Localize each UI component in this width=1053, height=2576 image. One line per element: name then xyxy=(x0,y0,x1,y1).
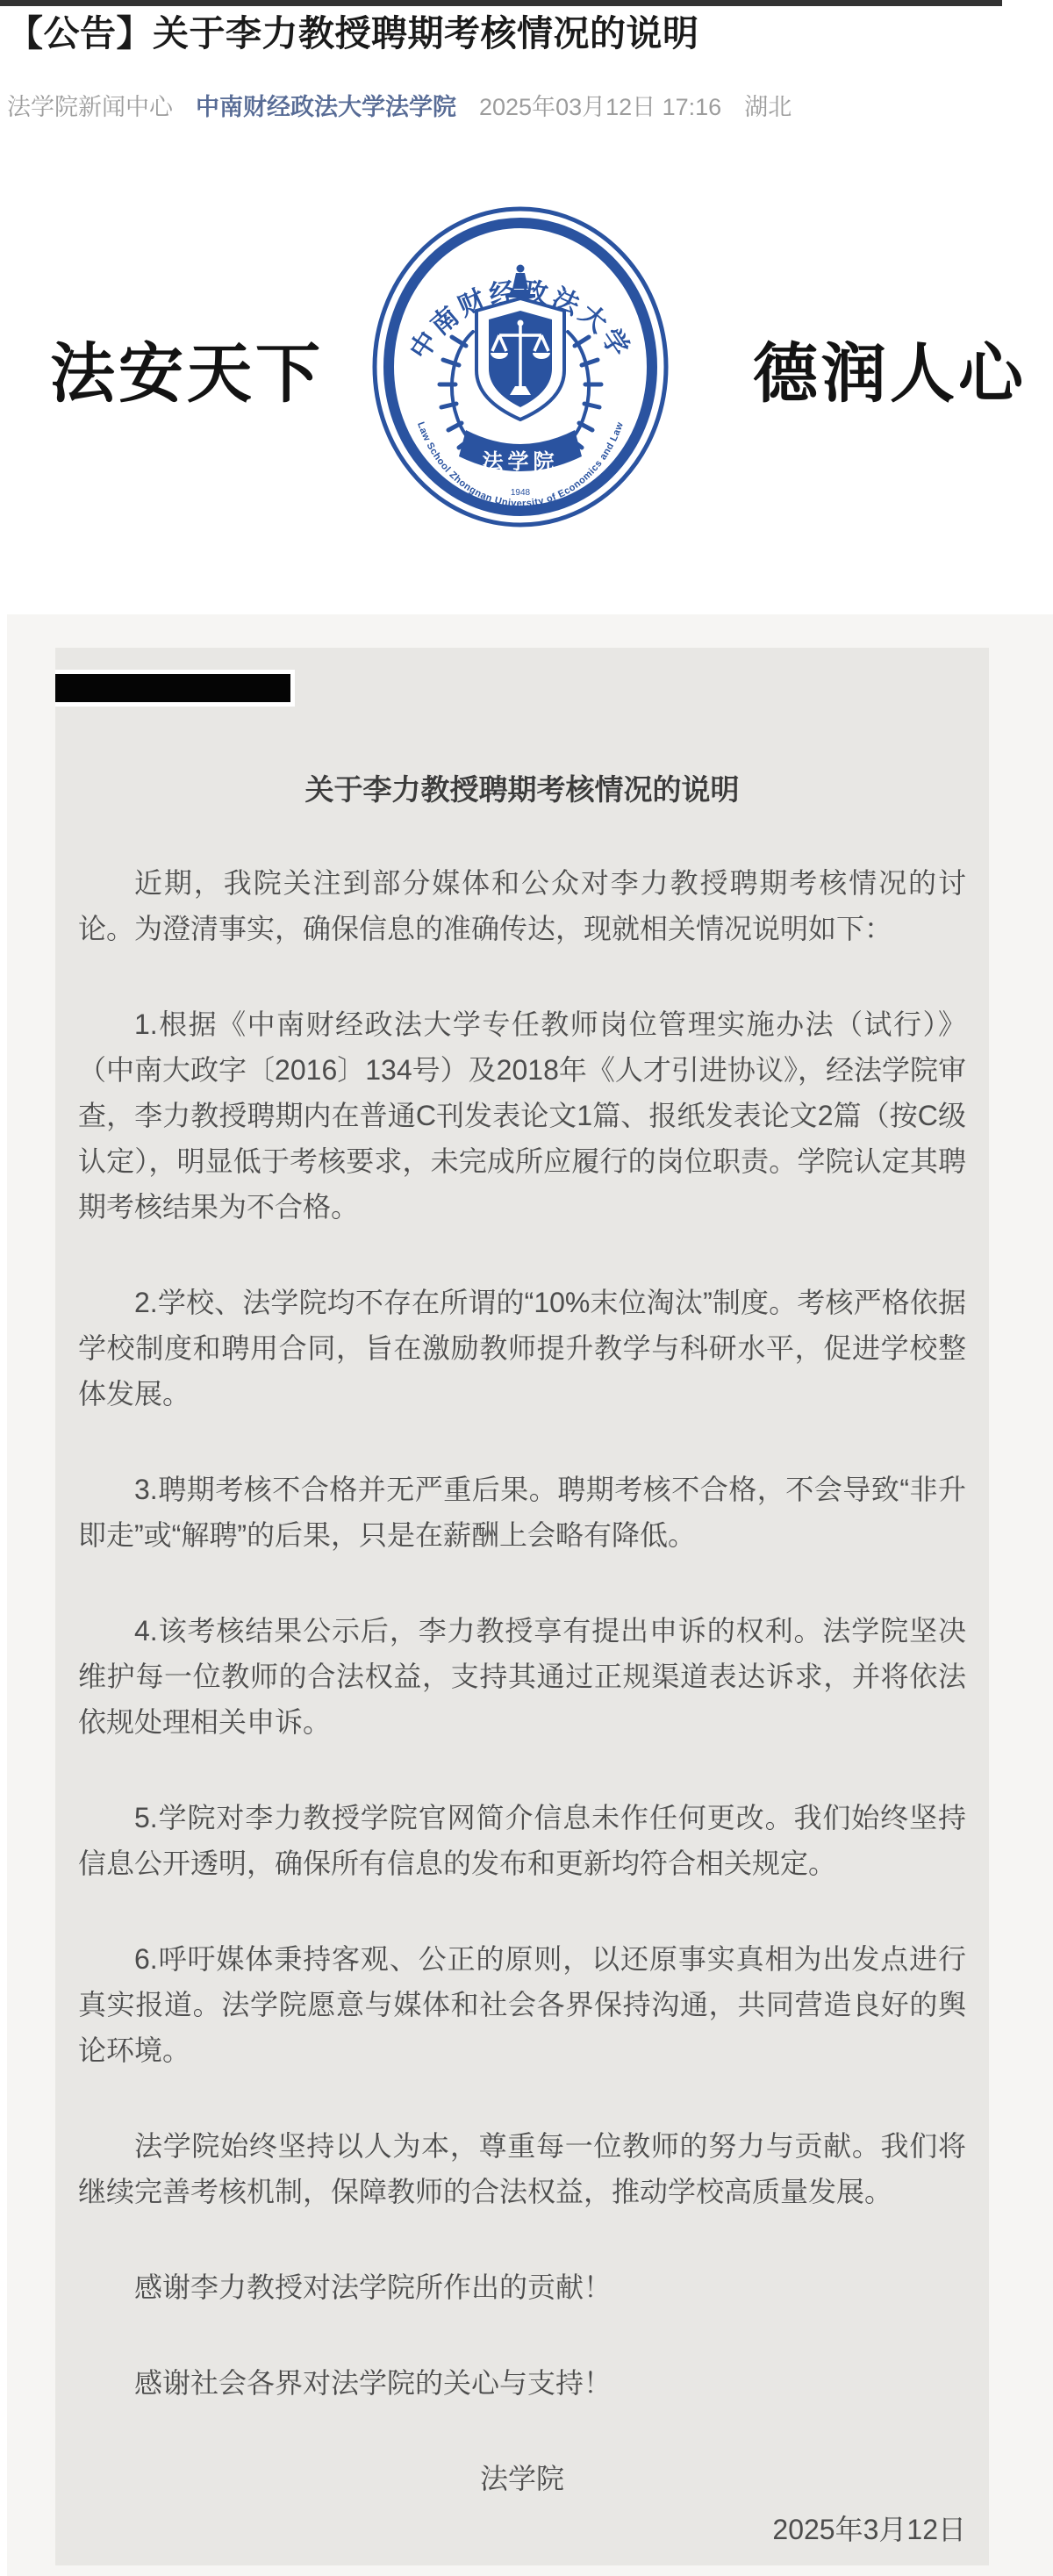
announcement-panel: 关于李力教授聘期考核情况的说明 近期，我院关注到部分媒体和公众对李力教授聘期考核… xyxy=(7,614,1053,2576)
top-crop-strip xyxy=(0,0,1002,6)
doc-paragraph: 近期，我院关注到部分媒体和公众对李力教授聘期考核情况的讨论。为澄清事实，确保信息… xyxy=(78,860,966,951)
page-title: 【公告】关于李力教授聘期考核情况的说明 xyxy=(7,11,1016,57)
byline: 法学院新闻中心中南财经政法大学法学院2025年03月12日 17:16湖北 xyxy=(7,88,1016,122)
doc-paragraph: 5.学院对李力教授学院官网简介信息未作任何更改。我们始终坚持信息公开透明，确保所… xyxy=(78,1795,966,1886)
emblem-shield-icon xyxy=(476,298,564,420)
calligraphy-left: 法安天下 xyxy=(50,322,324,415)
doc-paragraph: 6.呼吁媒体秉持客观、公正的原则，以还原事实真相为出发点进行真实报道。法学院愿意… xyxy=(78,1936,966,2073)
redaction-bar xyxy=(55,670,295,707)
doc-paragraph: 4.该考核结果公示后，李力教授享有提出申诉的权利。法学院坚决维护每一位教师的合法… xyxy=(78,1608,966,1745)
doc-paragraph: 1.根据《中南财经政法大学专任教师岗位管理实施办法（试行）》（中南大政字〔201… xyxy=(78,1001,966,1230)
banner: 法安天下 德润人心 中南财经政法大学 xyxy=(0,202,1053,535)
doc-signature: 法学院 xyxy=(78,2456,966,2501)
publish-datetime: 2025年03月12日 17:16 xyxy=(479,94,721,120)
school-emblem: 中南财经政法大学 xyxy=(371,204,670,530)
doc-paragraph: 法学院始终坚持以人为本，尊重每一位教师的努力与贡献。我们将继续完善考核机制，保障… xyxy=(78,2123,966,2214)
doc-body: 近期，我院关注到部分媒体和公众对李力教授聘期考核情况的讨论。为澄清事实，确保信息… xyxy=(78,860,966,2406)
doc-sign-date: 2025年3月12日 xyxy=(78,2507,966,2552)
doc-paragraph: 2.学校、法学院均不存在所谓的“10%末位淘汰”制度。考核严格依据学校制度和聘用… xyxy=(78,1280,966,1417)
calligraphy-right: 德润人心 xyxy=(753,322,1027,415)
doc-heading: 关于李力教授聘期考核情况的说明 xyxy=(78,767,966,813)
publish-location: 湖北 xyxy=(744,94,792,120)
emblem-year-text: 1948 xyxy=(511,488,531,498)
account-link[interactable]: 中南财经政法大学法学院 xyxy=(196,94,456,120)
author-name: 法学院新闻中心 xyxy=(7,94,173,120)
announcement-paper: 关于李力教授聘期考核情况的说明 近期，我院关注到部分媒体和公众对李力教授聘期考核… xyxy=(55,648,989,2565)
emblem-ribbon-text: 法学院 xyxy=(483,450,559,474)
doc-paragraph: 3.聘期考核不合格并无严重后果。聘期考核不合格，不会导致“非升即走”或“解聘”的… xyxy=(78,1467,966,1558)
doc-paragraph: 感谢李力教授对法学院所作出的贡献！ xyxy=(78,2264,966,2310)
doc-paragraph: 感谢社会各界对法学院的关心与支持！ xyxy=(78,2360,966,2406)
